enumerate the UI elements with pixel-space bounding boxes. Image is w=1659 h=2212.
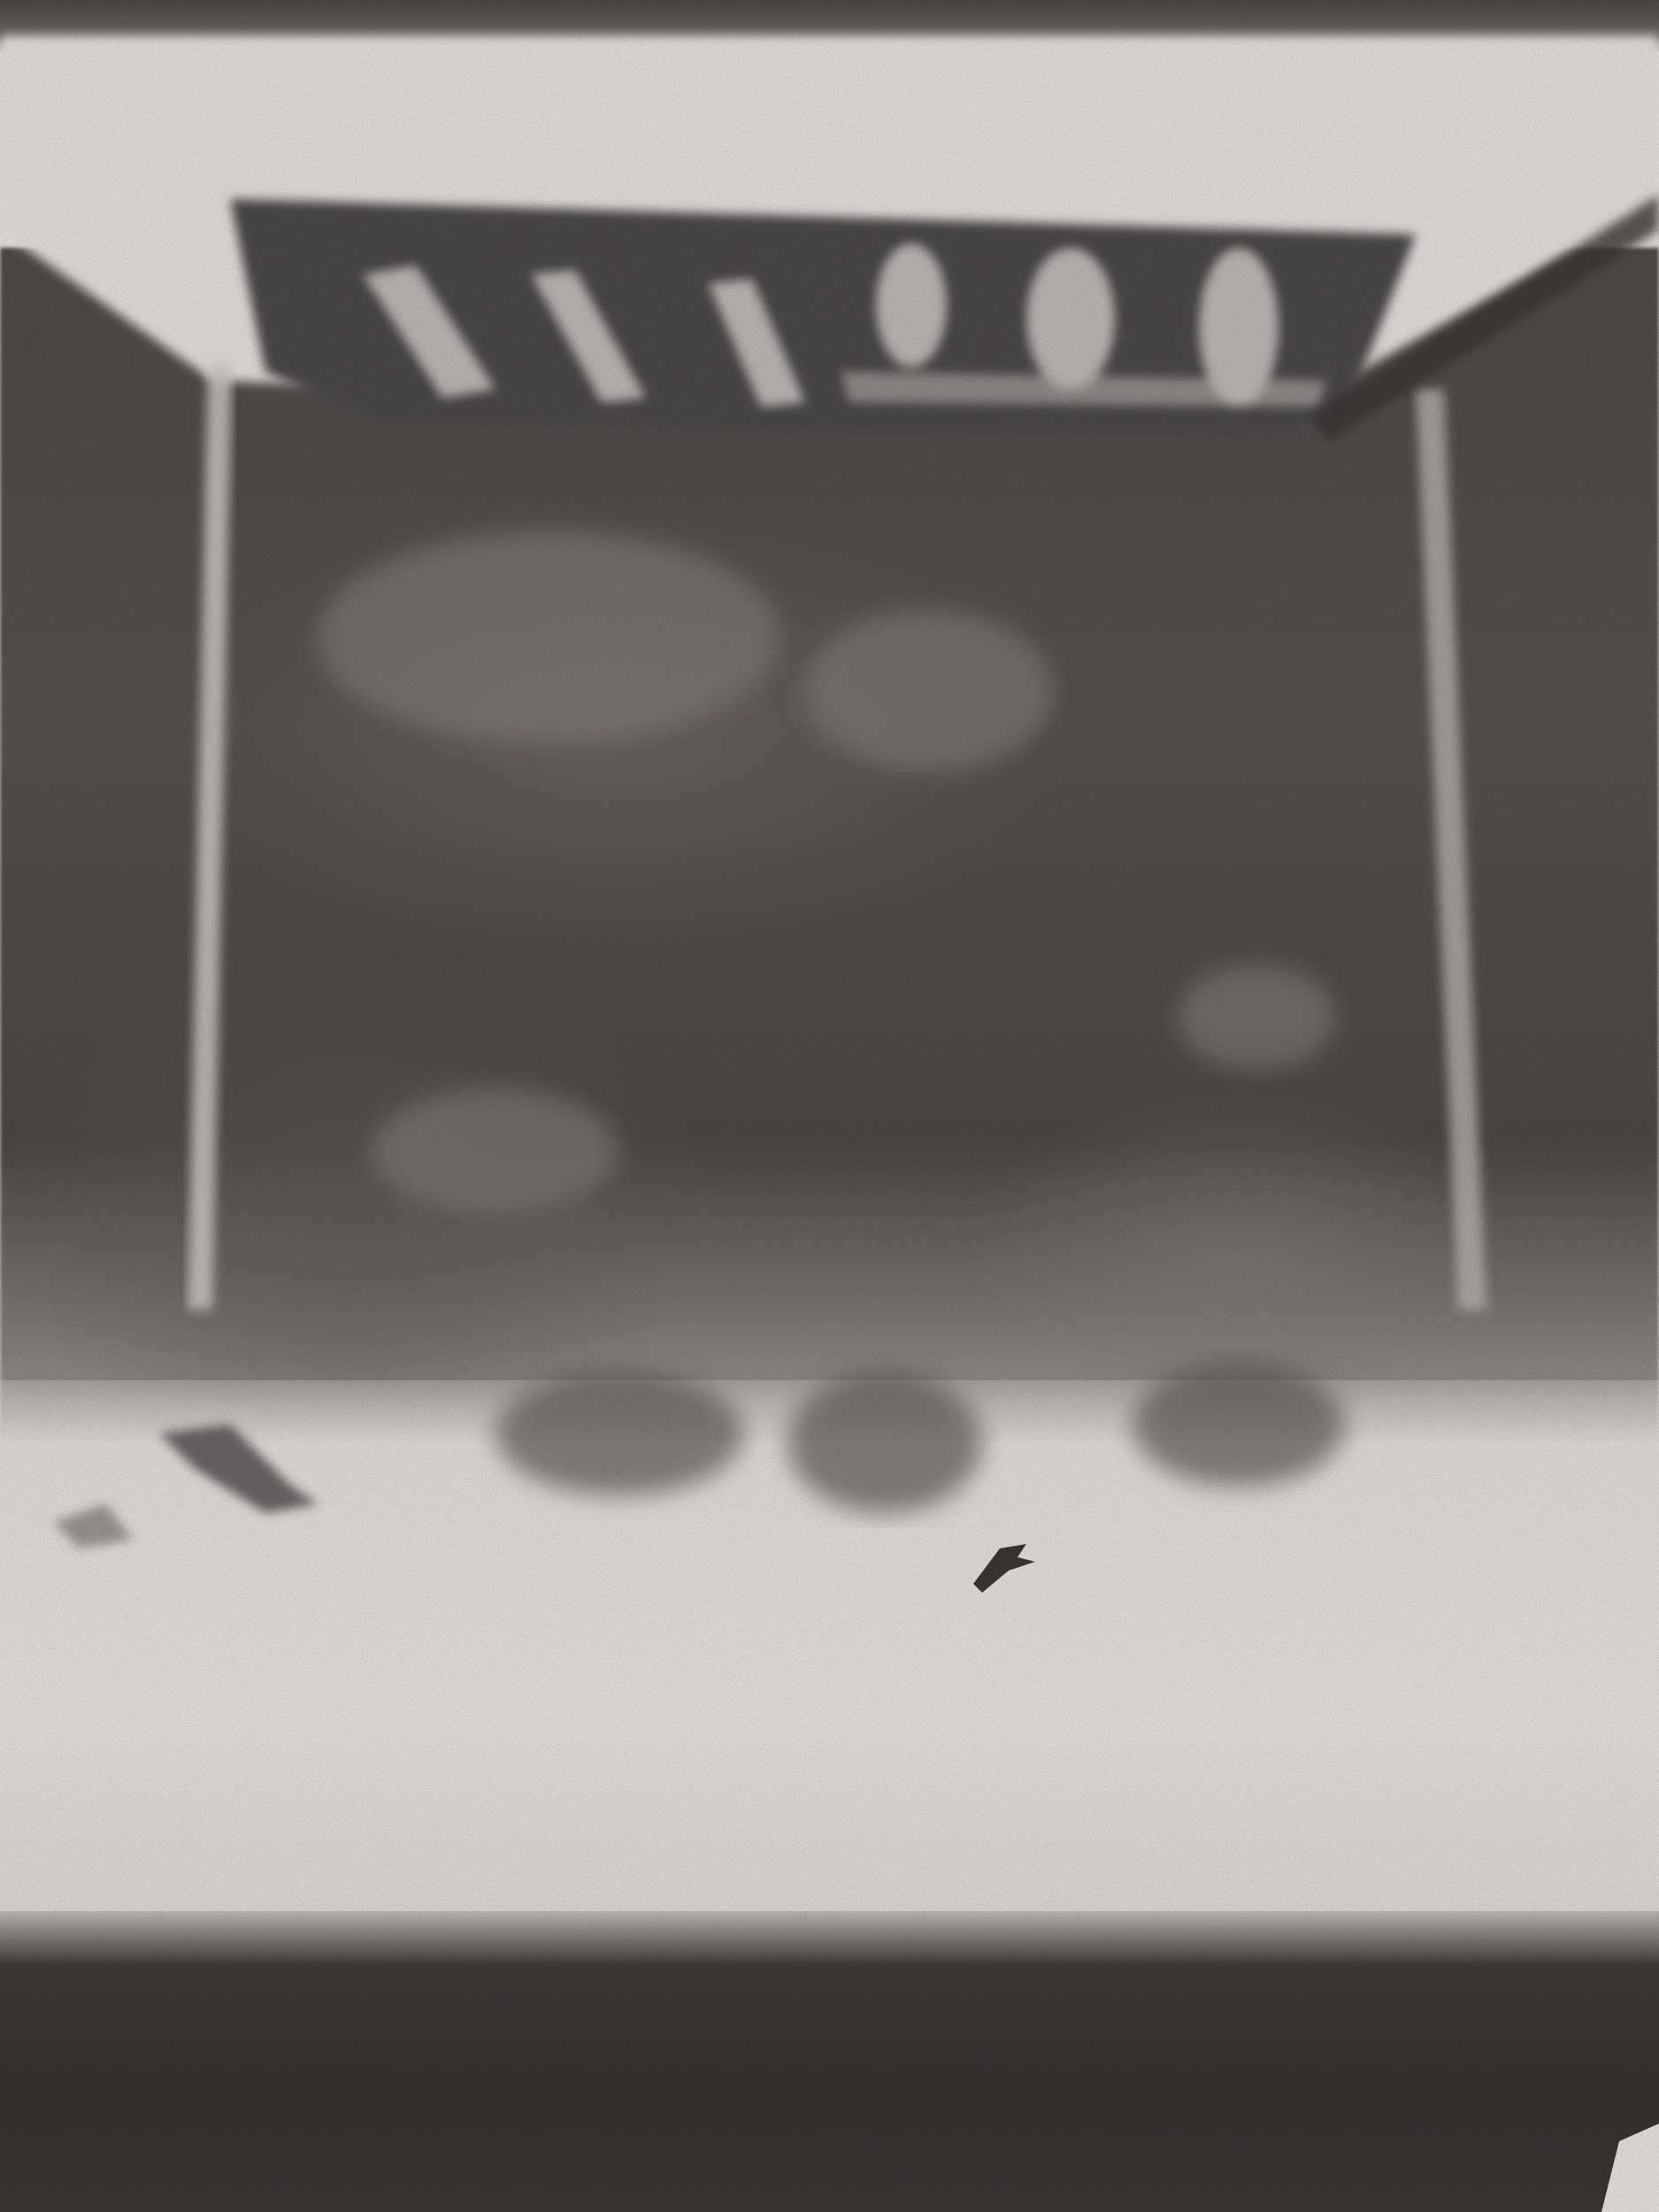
charcoal-drawing [0,0,1659,2212]
charcoal-grain [0,0,1659,2212]
